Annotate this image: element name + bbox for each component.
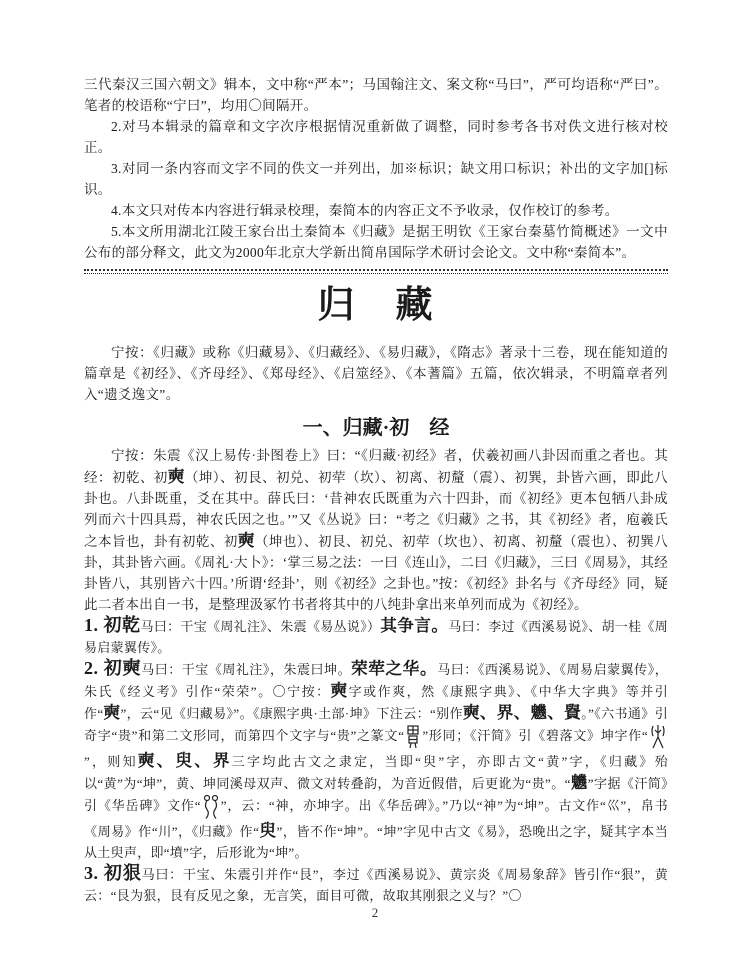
entry-1-quote: 其争言。 bbox=[380, 616, 448, 635]
text-column: 三代秦汉三国六朝文》辑本，文中称“严本”；马国翰注文、案文称“马曰”，严可均语称… bbox=[84, 74, 668, 906]
editor-intro-paragraph: 宁按：《归藏》或称《归藏易》、《归藏经》、《易归藏》，《隋志》著录十三卷，现在能… bbox=[84, 342, 668, 405]
seal-script-shen-huayue-glyph bbox=[202, 794, 220, 820]
entry-2-text: ”，云“见《归藏易》”。《康熙字典·土部·坤》下注云：“别作 bbox=[120, 706, 462, 721]
variant-character-glyph: 奭 bbox=[331, 681, 349, 700]
note-paragraph-continuation: 三代秦汉三国六朝文》辑本，文中称“严本”；马国翰注文、案文称“马曰”，严可均语称… bbox=[84, 74, 668, 116]
section-heading: 一、归藏·初 经 bbox=[84, 415, 668, 441]
variant-character-glyph: 臾 bbox=[259, 821, 276, 840]
variant-character-glyph: 奭 bbox=[103, 703, 120, 722]
entry-2-quote: 荣荦之华。 bbox=[351, 659, 437, 678]
variant-characters-list: 奭、界、魕、䝿 bbox=[463, 703, 581, 722]
note-paragraph-4: 4.本文只对传本内容进行辑录校理，秦简本的内容正文不予收录，仅作校订的参考。 bbox=[84, 200, 668, 221]
entry-2-text: ”，则知 bbox=[84, 754, 138, 769]
seal-script-gui-glyph bbox=[405, 725, 421, 749]
entry-2-text: ”形同；《汗简》引《碧落文》坤字作“ bbox=[422, 728, 648, 743]
seal-script-kun-biluo-glyph bbox=[649, 724, 667, 750]
entry-1-chuqian: 1. 初乾马曰：干宝《周礼注》、朱震《易丛说》）其争言。马曰：李过《西溪易说》、… bbox=[84, 615, 668, 658]
section-intro-paragraph: 宁按：朱震《汉上易传·卦图卷上》曰：“《归藏·初经》者，伏羲初画八卦因而重之者也… bbox=[84, 445, 668, 615]
entry-2-label-glyph: 奭 bbox=[122, 658, 141, 678]
document-title: 归 藏 bbox=[84, 284, 668, 328]
note-paragraph-3: 3.对同一条内容而文字不同的佚文一并列出，加※标识；缺文用口标识；补出的文字加[… bbox=[84, 158, 668, 200]
entry-3-label: 3. 初狠 bbox=[84, 863, 142, 883]
note-paragraph-5: 5.本文所用湖北江陵王家台出土秦简本《归藏》是据王明钦《王家台秦墓竹简概述》一文… bbox=[84, 221, 668, 263]
entry-1-label: 1. 初乾 bbox=[84, 615, 141, 635]
variant-character-glyph: 奭 bbox=[238, 531, 255, 550]
variant-character-glyph: 魕 bbox=[571, 773, 588, 792]
entry-2-chushi: 2. 初奭马曰：干宝《周礼注》，朱震曰坤。荣荦之华。马曰：《西溪易说》、《周易启… bbox=[84, 658, 668, 863]
document-page: 三代秦汉三国六朝文》辑本，文中称“严本”；马国翰注文、案文称“马曰”，严可均语称… bbox=[0, 0, 750, 971]
dotted-divider bbox=[84, 269, 668, 274]
note-paragraph-2: 2.对马本辑录的篇章和文字次序根据情况重新做了调整，同时参考各书对佚文进行核对校… bbox=[84, 116, 668, 158]
entry-2-label: 2. 初 bbox=[84, 658, 122, 678]
page-number: 2 bbox=[0, 905, 750, 921]
entry-3-text: 马曰：干宝、朱震引并作“艮”，李过《西溪易说》、黄宗炎《周易象辞》皆引作“狠”，… bbox=[84, 867, 668, 903]
entry-3-chuhen: 3. 初狠马曰：干宝、朱震引并作“艮”，李过《西溪易说》、黄宗炎《周易象辞》皆引… bbox=[84, 863, 668, 906]
variant-character-glyph: 奭 bbox=[168, 467, 185, 486]
entry-1-source: 马曰：干宝《周礼注》、朱震《易丛说》） bbox=[141, 619, 381, 634]
entry-2-source: 马曰：干宝《周礼注》，朱震曰坤。 bbox=[141, 662, 351, 677]
variant-characters-list: 奭、臾、界 bbox=[138, 751, 232, 770]
